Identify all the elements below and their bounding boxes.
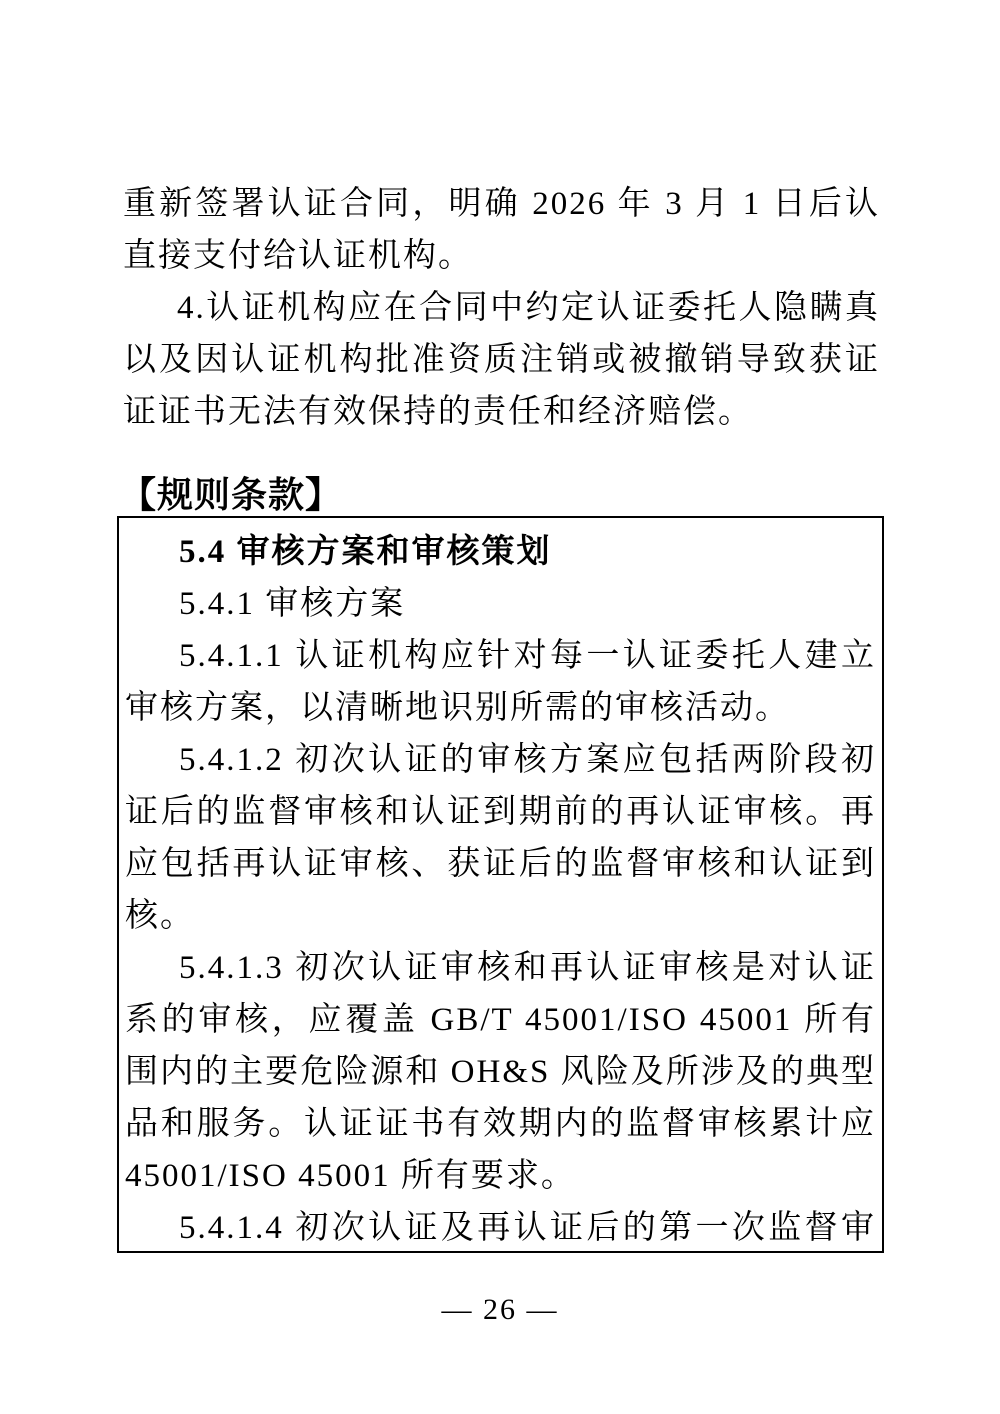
rule-clause-box: 5.4 审核方案和审核策划 5.4.1 审核方案 5.4.1.1 认证机构应针对… bbox=[117, 516, 884, 1253]
intro-line: 证证书无法有效保持的责任和经济赔偿。 bbox=[123, 386, 880, 438]
intro-line: 直接支付给认证机构。 bbox=[123, 230, 880, 282]
intro-line: 以及因认证机构批准资质注销或被撤销导致获证组织 OHSMS 认 bbox=[123, 334, 880, 386]
rule-box-heading: 5.4 审核方案和审核策划 bbox=[125, 526, 876, 578]
rule-box-line: 系的审核，应覆盖 GB/T 45001/ISO 45001 所有要求，以及认证范 bbox=[125, 994, 876, 1046]
rule-box-line: 5.4.1.3 初次认证审核和再认证审核是对认证委托人完整体 bbox=[125, 942, 876, 994]
rule-box-subheading: 5.4.1 审核方案 bbox=[125, 578, 876, 630]
rule-box-line: 审核方案，以清晰地识别所需的审核活动。 bbox=[125, 682, 876, 734]
rule-box-line: 证后的监督审核和认证到期前的再认证审核。再认证的审核方案 bbox=[125, 786, 876, 838]
rule-box-line: 5.4.1.4 初次认证及再认证后的第一次监督审核应在认证证 bbox=[125, 1202, 876, 1254]
rules-section-header: 【规则条款】 bbox=[120, 474, 342, 516]
rule-box-line: 5.4.1.2 初次认证的审核方案应包括两阶段初次认证审核、获 bbox=[125, 734, 876, 786]
rule-box-line: 45001/ISO 45001 所有要求。 bbox=[125, 1150, 876, 1202]
page-number: — 26 — bbox=[0, 1288, 1000, 1332]
rule-box-line: 品和服务。认证证书有效期内的监督审核累计应覆盖 GB/T bbox=[125, 1098, 876, 1150]
intro-paragraphs: 重新签署认证合同，明确 2026 年 3 月 1 日后认证费用由认证委托人 直接… bbox=[123, 178, 880, 438]
rule-box-line: 围内的主要危险源和 OH&S 风险及所涉及的典型过程/活动、产 bbox=[125, 1046, 876, 1098]
document-page: 重新签署认证合同，明确 2026 年 3 月 1 日后认证费用由认证委托人 直接… bbox=[0, 0, 1000, 1414]
intro-line: 4.认证机构应在合同中约定认证委托人隐瞒真实信息的责任， bbox=[123, 282, 880, 334]
rule-box-line: 5.4.1.1 认证机构应针对每一认证委托人建立认证周期内的 bbox=[125, 630, 876, 682]
rule-box-line: 核。 bbox=[125, 890, 876, 942]
intro-line: 重新签署认证合同，明确 2026 年 3 月 1 日后认证费用由认证委托人 bbox=[123, 178, 880, 230]
rule-box-line: 应包括再认证审核、获证后的监督审核和认证到期前的再认证审 bbox=[125, 838, 876, 890]
